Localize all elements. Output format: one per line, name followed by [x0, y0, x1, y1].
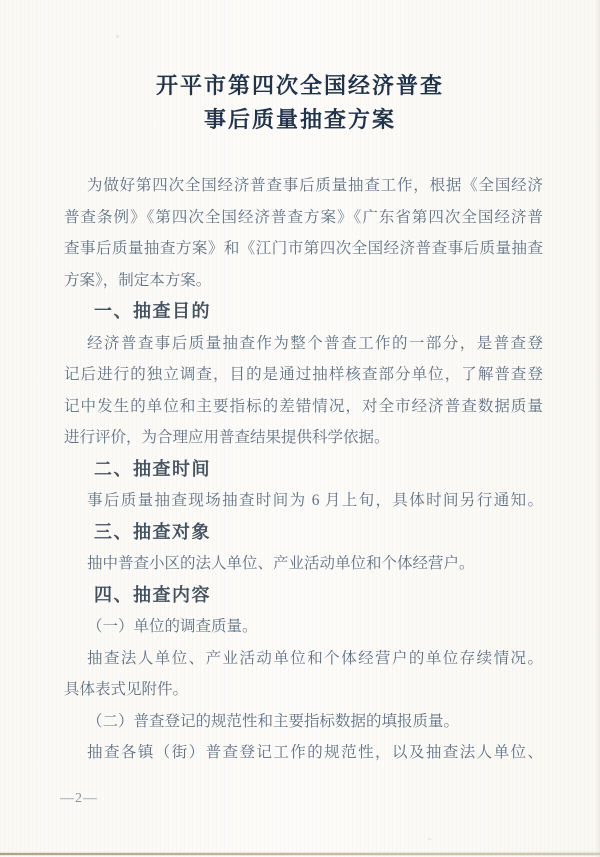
section-heading-4: 四、抽查内容: [64, 580, 543, 612]
document-title-line-2: 事后质量抽查方案: [0, 103, 600, 137]
scan-artifact-speck: [427, 838, 432, 840]
paragraph-5-line-1: （一）单位的调查质量。: [64, 611, 543, 643]
paper-edge-bottom-line: [0, 853, 600, 855]
paragraph-6-line-1: 抽查法人单位、产业活动单位和个体经营户的单位存续情况。: [64, 643, 543, 675]
page-number: —2—: [60, 791, 98, 807]
document-title: 开平市第四次全国经济普查 事后质量抽查方案: [0, 69, 600, 137]
paragraph-2-line-2: 记后进行的独立调查，目的是通过抽样核查部分单位，了解普查登: [64, 359, 543, 391]
paragraph-1-line-4: 方案》，制定本方案。: [64, 265, 543, 297]
paragraph-1-line-3: 查事后质量抽查方案》和《江门市第四次全国经济普查事后质量抽查: [64, 233, 543, 265]
paragraph-6-line-2: 具体表式见附件。: [64, 674, 543, 706]
document-title-line-1: 开平市第四次全国经济普查: [0, 69, 600, 103]
paper-edge-right-shadow: [595, 0, 600, 857]
paragraph-2-line-3: 记中发生的单位和主要指标的差错情况，对全市经济普查数据质量: [64, 391, 543, 423]
paragraph-1-line-1: 为做好第四次全国经济普查事后质量抽查工作，根据《全国经济: [64, 170, 543, 202]
paragraph-8-line-1: 抽查各镇（街）普查登记工作的规范性，以及抽查法人单位、: [64, 737, 543, 769]
scan-artifact-speck: [116, 35, 119, 38]
section-heading-2: 二、抽查时间: [64, 454, 543, 486]
paragraph-7-line-1: （二）普查登记的规范性和主要指标数据的填报质量。: [64, 706, 543, 738]
section-heading-3: 三、抽查对象: [64, 517, 543, 549]
section-heading-1: 一、抽查目的: [64, 296, 543, 328]
document-body: 为做好第四次全国经济普查事后质量抽查工作，根据《全国经济 普查条例》《第四次全国…: [64, 170, 543, 769]
paragraph-4-line-1: 抽中普查小区的法人单位、产业活动单位和个体经营户。: [64, 548, 543, 580]
paragraph-1-line-2: 普查条例》《第四次全国经济普查方案》《广东省第四次全国经济普: [64, 202, 543, 234]
paragraph-2-line-4: 进行评价，为合理应用普查结果提供科学依据。: [64, 422, 543, 454]
paragraph-2-line-1: 经济普查事后质量抽查作为整个普查工作的一部分，是普查登: [64, 328, 543, 360]
scanned-document-page: 开平市第四次全国经济普查 事后质量抽查方案 为做好第四次全国经济普查事后质量抽查…: [0, 0, 600, 857]
paragraph-3-line-1: 事后质量抽查现场抽查时间为 6 月上旬，具体时间另行通知。: [64, 485, 543, 517]
